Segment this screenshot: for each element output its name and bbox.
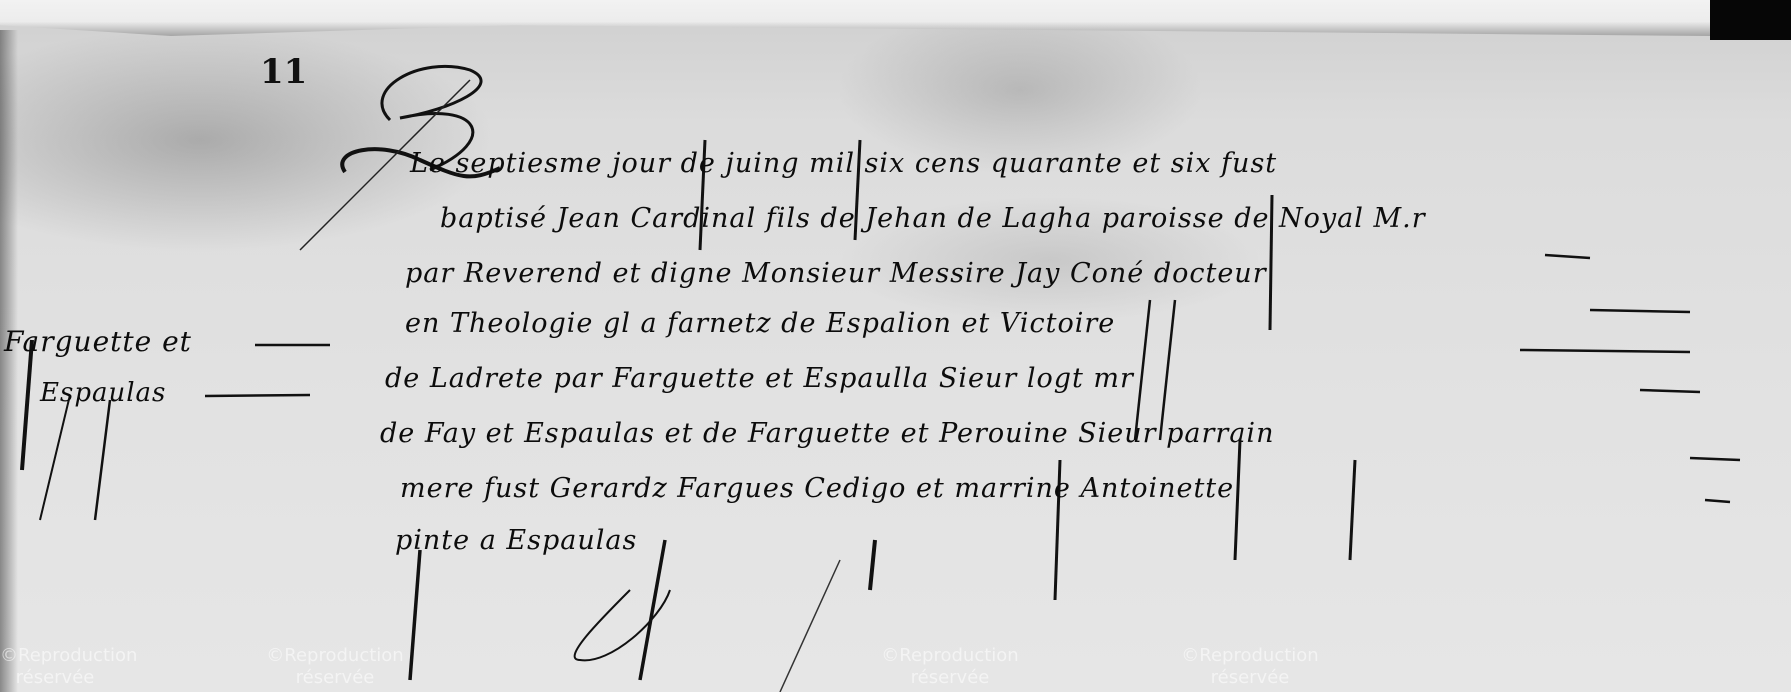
entry-line-8: pinte a Espaulas [395, 525, 637, 556]
manuscript-page: 11 Farguette et Espaula [0, 0, 1791, 692]
entry-line-5: de Ladrete par Farguette et Espaulla Sie… [385, 363, 1134, 394]
scan-corner-mask [1710, 0, 1791, 40]
watermark-bottom-center: ©Reproduction réservée [860, 645, 1040, 689]
entry-line-1: Le septiesme jour de juing mil six cens … [410, 148, 1277, 179]
watermark-bottom-left-center: ©Reproduction réservée [255, 645, 415, 689]
watermark-bottom-right: ©Reproduction réservée [1160, 645, 1340, 689]
margin-note-line-2: Espaulas [40, 378, 166, 408]
watermark-bottom-left: ©Reproduction réservée [0, 645, 110, 689]
margin-note-line-1: Farguette et [4, 325, 192, 358]
ink-flourishes-icon [0, 0, 1791, 692]
entry-line-7: mere fust Gerardz Fargues Cedigo et marr… [400, 473, 1234, 504]
entry-line-6: de Fay et Espaulas et de Farguette et Pe… [380, 418, 1274, 449]
entry-line-3: par Reverend et digne Monsieur Messire J… [405, 258, 1267, 289]
page-top-edge [0, 0, 1710, 36]
entry-line-2: baptisé Jean Cardinal fils de Jehan de L… [440, 203, 1426, 234]
folio-number: 11 [260, 52, 307, 92]
entry-line-4: en Theologie gl a farnetz de Espalion et… [405, 308, 1115, 339]
page-left-shadow [0, 30, 18, 692]
